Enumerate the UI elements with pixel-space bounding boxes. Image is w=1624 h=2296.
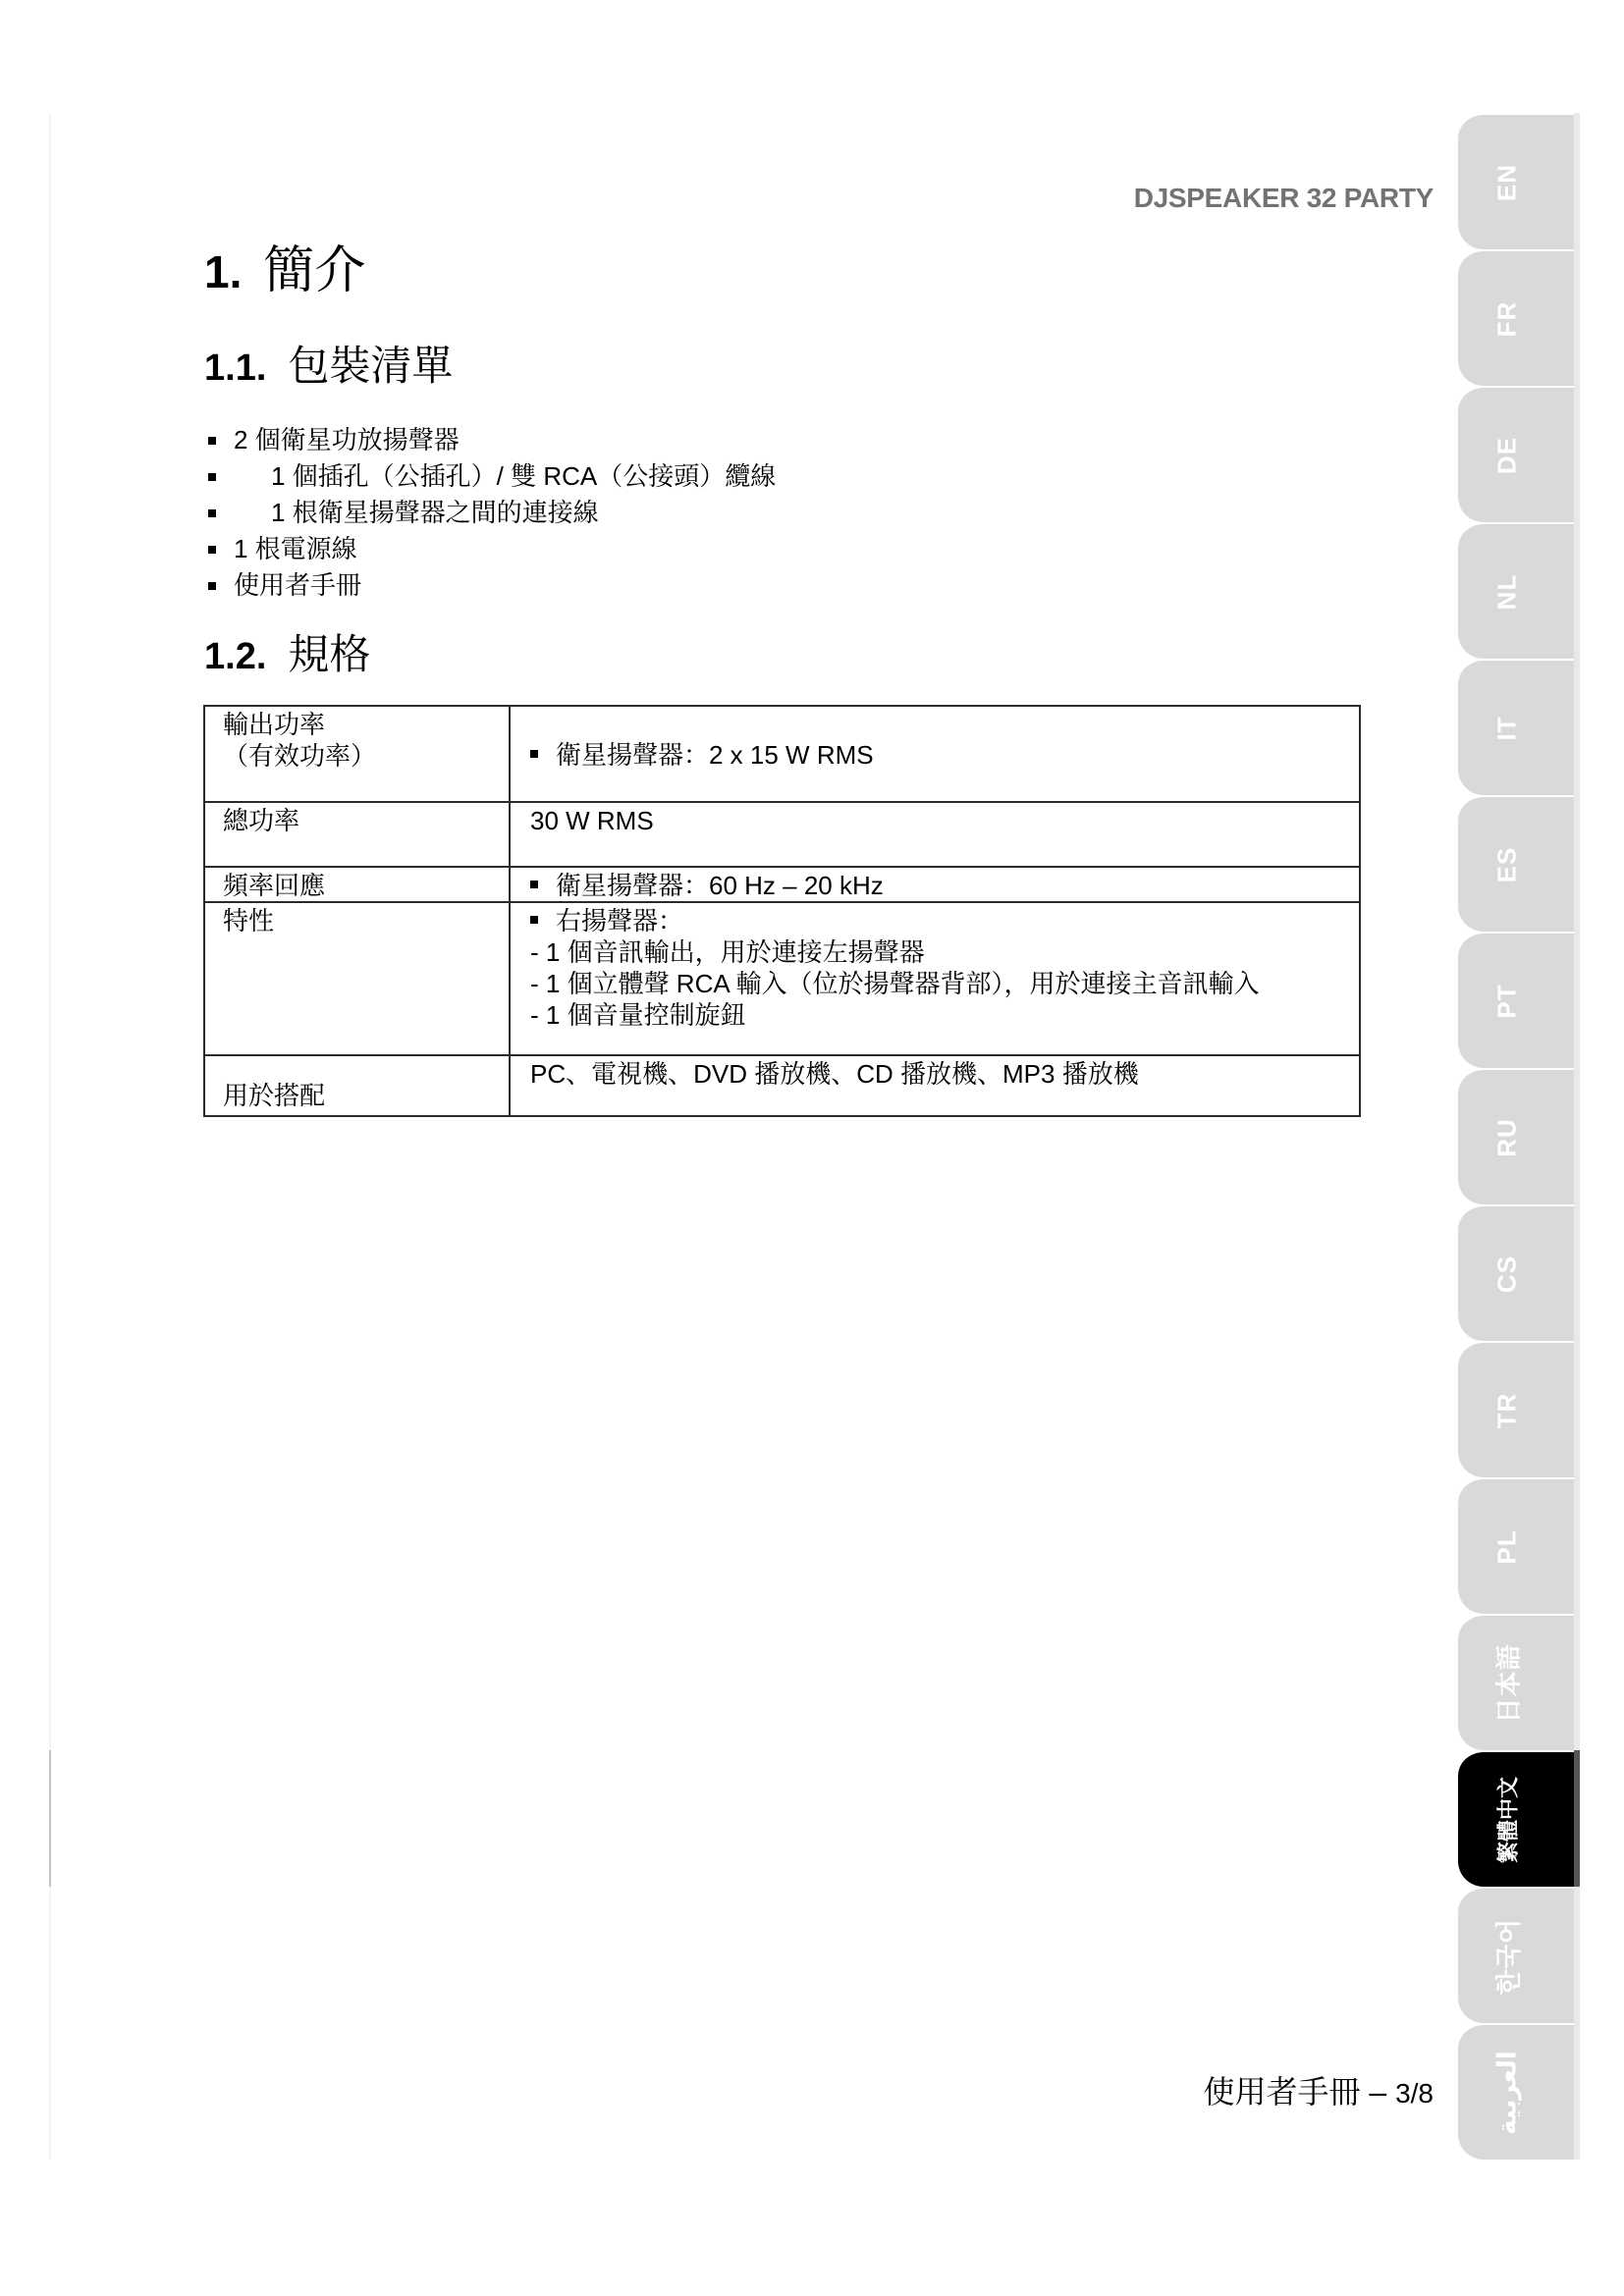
language-tab-tr[interactable]: TR [1458, 1341, 1574, 1477]
bullet-icon [208, 437, 216, 445]
table-row: 總功率 30 W RMS [204, 802, 1360, 867]
table-row: 特性 右揚聲器： - 1 個音訊輸出，用於連接左揚聲器 - 1 個立體聲 RCA… [204, 902, 1360, 1055]
language-tab-ru[interactable]: RU [1458, 1068, 1574, 1204]
spec-label: 總功率 [204, 802, 510, 867]
language-tab-cs[interactable]: CS [1458, 1204, 1574, 1341]
spec-label: 用於搭配 [204, 1055, 510, 1116]
spec-label: 頻率回應 [204, 867, 510, 902]
list-item: 使用者手冊 [204, 567, 776, 604]
page-number: 3/8 [1395, 2078, 1434, 2109]
language-tab-nl[interactable]: NL [1458, 522, 1574, 659]
language-tab-ar[interactable]: العربية [1458, 2023, 1574, 2160]
spec-value: 衛星揚聲器：60 Hz – 20 kHz [510, 867, 1360, 902]
language-tab-zh-tw[interactable]: 繁體中文 [1458, 1750, 1574, 1887]
active-tab-edge [1574, 1750, 1580, 1887]
bullet-icon [530, 750, 538, 758]
spec-value: 右揚聲器： - 1 個音訊輸出，用於連接左揚聲器 - 1 個立體聲 RCA 輸入… [510, 902, 1360, 1055]
list-item: 1 根衛星揚聲器之間的連接線 [204, 495, 776, 531]
section-number: 1. [204, 246, 242, 297]
language-tab-ko[interactable]: 한국어 [1458, 1887, 1574, 2023]
language-tab-pt[interactable]: PT [1458, 932, 1574, 1068]
table-row: 頻率回應 衛星揚聲器：60 Hz – 20 kHz [204, 867, 1360, 902]
bullet-icon [208, 509, 216, 517]
section-title: 包裝清單 [288, 343, 453, 389]
page-footer: 使用者手冊 – 3/8 [1080, 2067, 1434, 2112]
spec-label: 特性 [204, 902, 510, 1055]
list-item: 2 個衛星功放揚聲器 [204, 422, 776, 458]
section-1-2-heading: 1.2.規格 [204, 630, 370, 681]
spec-table: 輸出功率 （有效功率） 衛星揚聲器：2 x 15 W RMS 總功率 30 W … [203, 705, 1361, 1117]
spec-label: 輸出功率 （有效功率） [204, 706, 510, 802]
language-tab-ja[interactable]: 日本語 [1458, 1614, 1574, 1750]
section-1-heading: 1.簡介 [204, 241, 365, 301]
list-item: 1 個插孔（公插孔）/ 雙 RCA（公接頭）纜線 [204, 458, 776, 495]
bullet-icon [208, 546, 216, 554]
section-title: 規格 [288, 631, 370, 677]
footer-label: 使用者手冊 [1203, 2074, 1360, 2109]
section-number: 1.1. [204, 347, 266, 389]
language-tab-pl[interactable]: PL [1458, 1477, 1574, 1614]
language-tab-de[interactable]: DE [1458, 386, 1574, 522]
page-margin-line-active [49, 1750, 51, 1887]
section-title: 簡介 [263, 242, 365, 299]
table-row: 用於搭配 PC、電視機、DVD 播放機、CD 播放機、MP3 播放機 [204, 1055, 1360, 1116]
section-1-1-heading: 1.1.包裝清單 [204, 342, 453, 393]
bullet-icon [208, 473, 216, 481]
language-tab-es[interactable]: ES [1458, 795, 1574, 932]
list-item: 1 根電源線 [204, 531, 776, 567]
spec-value: PC、電視機、DVD 播放機、CD 播放機、MP3 播放機 [510, 1055, 1360, 1116]
table-row: 輸出功率 （有效功率） 衛星揚聲器：2 x 15 W RMS [204, 706, 1360, 802]
product-header: DJSPEAKER 32 PARTY [1080, 183, 1434, 214]
bullet-icon [530, 881, 538, 888]
language-tab-en[interactable]: EN [1458, 113, 1574, 249]
spec-value: 30 W RMS [510, 802, 1360, 867]
spec-value: 衛星揚聲器：2 x 15 W RMS [510, 706, 1360, 802]
section-number: 1.2. [204, 636, 266, 677]
bullet-icon [530, 916, 538, 924]
package-contents-list: 2 個衛星功放揚聲器 1 個插孔（公插孔）/ 雙 RCA（公接頭）纜線 1 根衛… [204, 422, 776, 604]
language-tab-it[interactable]: IT [1458, 659, 1574, 795]
footer-separator: – [1360, 2074, 1395, 2109]
bullet-icon [208, 582, 216, 590]
language-tab-fr[interactable]: FR [1458, 249, 1574, 386]
